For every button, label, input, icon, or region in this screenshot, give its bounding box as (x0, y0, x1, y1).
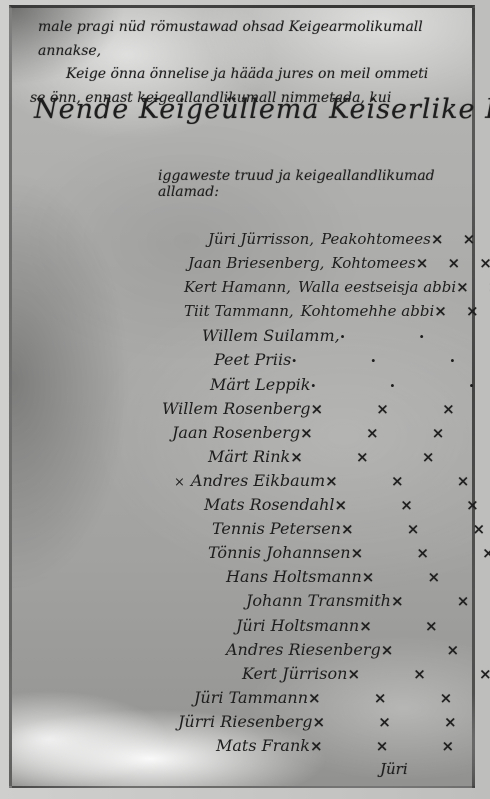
signer-name: Tönnis Johannsen (208, 543, 351, 562)
signer-row: Märt Leppik. . .× × × (12, 375, 472, 399)
signer-row: Jüri Tammann× × × (12, 688, 472, 712)
intro-line: Keige önna önnelise ja hääda jures on me… (26, 63, 462, 87)
signature-cross-marks: × × × (351, 544, 490, 562)
intro-line: male pragi nüd römustawad ohsad Keigearm… (26, 16, 462, 63)
signer-row: Tönnis Johannsen× × × (12, 543, 472, 567)
signer-name: Jüri Tammann (194, 688, 308, 707)
signer-title: Kohtomees (331, 254, 415, 272)
signature-cross-marks: × × × (456, 278, 490, 296)
signature-cross-marks: × × × (341, 520, 490, 538)
signature-cross-marks: × × × (431, 230, 490, 248)
signer-row: Jürri Riesenberg× × × (12, 712, 472, 736)
signer-title: Peakohtomees (321, 230, 431, 248)
signer-dots: . . . (291, 347, 489, 366)
signer-name: Märt Rink (208, 447, 290, 466)
signer-title: Walla eestseisja abbi (298, 278, 456, 296)
signer-row: Jaan Briesenberg,Kohtomees× × × (12, 254, 472, 278)
signer-name: Willem Suilamm, (202, 326, 340, 345)
signature-cross-marks: × × × (362, 568, 490, 586)
signature-cross-marks: × × × (434, 302, 490, 320)
signer-name: Kert Jürrison (242, 664, 347, 683)
photograph: male pragi nüd römustawad ohsad Keigearm… (0, 0, 490, 799)
signer-row: ×Andres Eikbaum× × × (12, 471, 472, 495)
signature-cross-marks: × × × (310, 737, 478, 755)
signer-name: Mats Rosendahl (204, 495, 335, 514)
manuscript-page: male pragi nüd römustawad ohsad Keigearm… (9, 5, 475, 788)
signer-dots: . . . (340, 323, 490, 342)
signer-name: Jürri Riesenberg (178, 712, 312, 731)
signer-name: Jüri Holtsmann (236, 616, 359, 635)
signer-name: Kert Hamann, (184, 278, 291, 296)
signer-row: Tennis Petersen× × × (12, 519, 472, 543)
signature-cross-marks: × × × (325, 472, 490, 490)
signer-prefix-mark: × (174, 475, 185, 490)
signer-dots: . . . (310, 372, 490, 391)
signer-name: Peet Priis (214, 350, 291, 369)
signer-row: Johann Transmith× × × (12, 591, 472, 615)
signer-row: Jaan Rosenberg× × × (12, 423, 472, 447)
signature-cross-marks: × × × (347, 665, 490, 683)
signature-cross-marks: × × × (300, 424, 468, 442)
signer-name: Mats Frank (216, 736, 310, 755)
signature-cross-marks: × × × × (359, 617, 490, 635)
signer-row: Märt Rink× × × (12, 447, 472, 471)
signer-row: Jüri Holtsmann× × × × (12, 616, 472, 640)
signer-name: Jaan Briesenberg, (188, 254, 324, 272)
signer-row: Andres Riesenberg× × × (12, 640, 472, 664)
signer-name: Hans Holtsmann (226, 567, 362, 586)
signer-name: Andres Eikbaum (191, 471, 325, 490)
signature-cross-marks: × × × (416, 254, 490, 272)
signer-name: Jaan Rosenberg (172, 423, 300, 442)
signer-name: Willem Rosenberg (162, 399, 311, 418)
signer-name: Märt Leppik (210, 375, 310, 394)
signer-list: Jüri Jürrisson,Peakohtomees× × ×Jaan Bri… (12, 230, 472, 760)
page-subtitle: iggaweste truud ja keigeallandlikumad al… (158, 168, 472, 200)
signer-row: Mats Rosendahl× × × (12, 495, 472, 519)
signer-name: Johann Transmith (246, 591, 391, 610)
signature-cross-marks: × × × (381, 641, 490, 659)
catchword: Jüri (380, 760, 408, 778)
signature-cross-marks: × × × (335, 496, 490, 514)
signer-name: Andres Riesenberg (226, 640, 381, 659)
signer-row: Mats Frank× × × (12, 736, 472, 760)
signer-row: Jüri Jürrisson,Peakohtomees× × × (12, 230, 472, 254)
signature-cross-marks: × × × (290, 448, 458, 466)
signature-cross-marks: × × × (312, 713, 480, 731)
signer-name: Jüri Jürrisson, (208, 230, 314, 248)
signer-name: Tiit Tammann, (184, 302, 294, 320)
signature-cross-marks: × × × (391, 592, 490, 610)
signer-row: Willem Rosenberg× × × (12, 399, 472, 423)
signature-cross-marks: × × × (311, 400, 479, 418)
signer-row: Kert Jürrison× × × (12, 664, 472, 688)
signature-cross-marks: × × × (308, 689, 476, 707)
signer-title: Kohtomehhe abbi (301, 302, 435, 320)
signer-name: Tennis Petersen (212, 519, 341, 538)
page-title: Nende Keigeüllema Keiserlike Körguse (34, 94, 464, 125)
signer-row: Kert Hamann,Walla eestseisja abbi× × × (12, 278, 472, 302)
signer-row: Hans Holtsmann× × × (12, 567, 472, 591)
